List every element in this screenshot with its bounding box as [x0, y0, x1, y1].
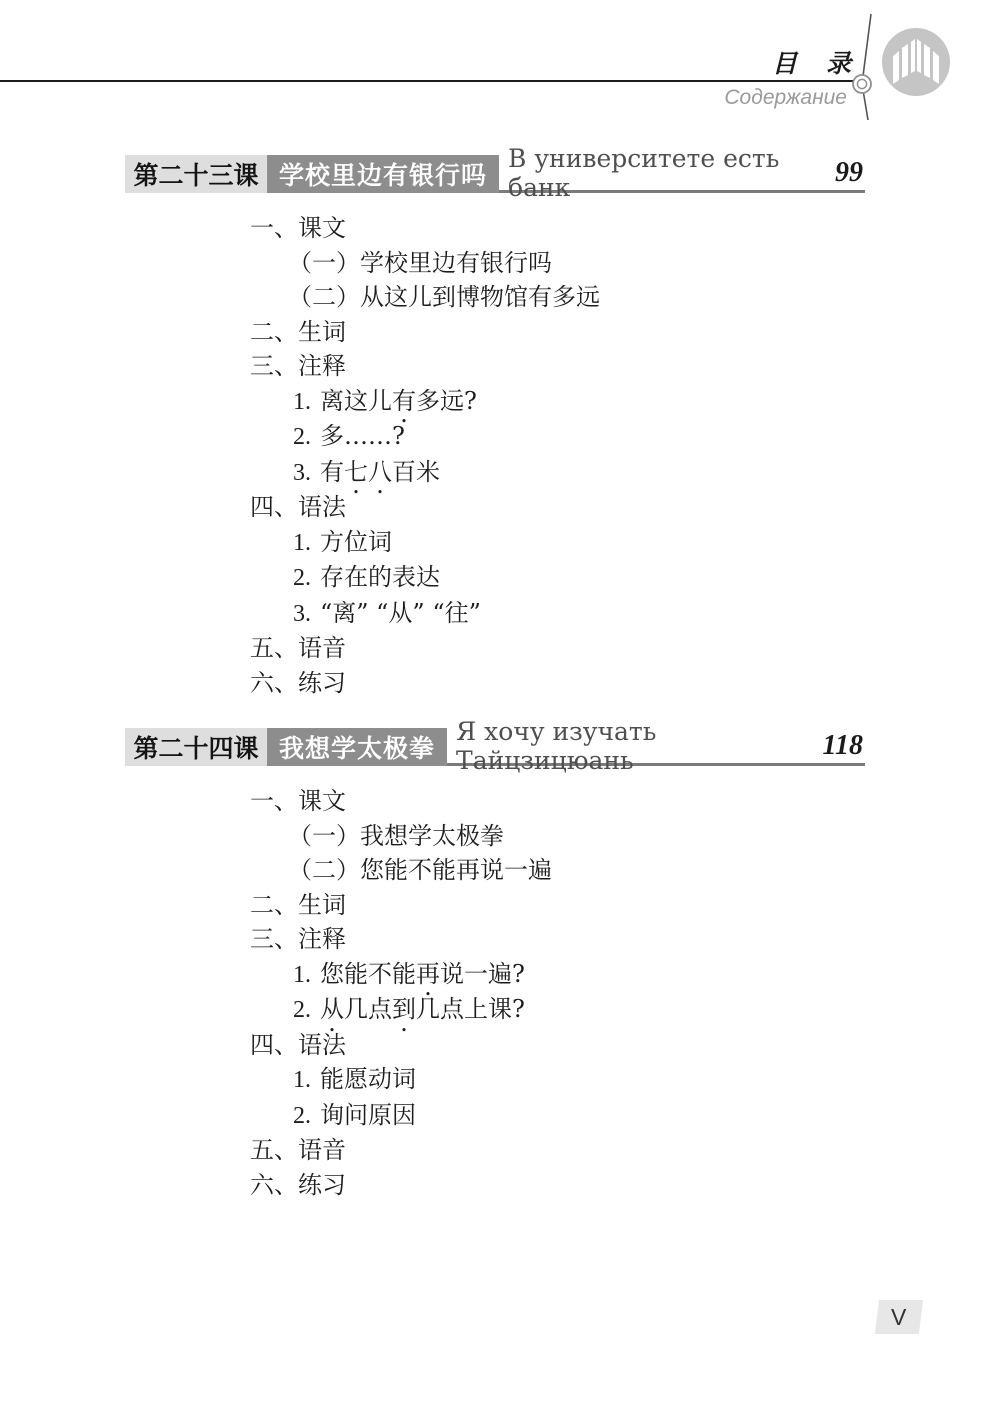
toc-marker: 六、 [250, 669, 298, 697]
toc-label: 您能不能再说一遍? [320, 960, 525, 988]
toc-marker: 2. [293, 1103, 311, 1129]
toc-row: 2.多……? [293, 419, 997, 455]
toc-label: 我想学太极拳 [360, 822, 504, 850]
toc-label: 注释 [298, 352, 346, 380]
toc-marker: 五、 [250, 634, 298, 662]
lesson-header: 第二十四课 我想学太极拳 Я хочу изучать Тайцзицюань … [125, 728, 865, 766]
toc-marker: 二、 [250, 318, 298, 346]
toc-label: 存在的表达 [320, 563, 440, 591]
toc-row: 六、练习 [250, 1168, 997, 1203]
lesson-title-ru: Я хочу изучать Тайцзицюань [456, 717, 823, 775]
toc-marker: 3. [293, 601, 311, 627]
toc-marker: 2. [293, 565, 311, 591]
toc-marker: 1. [293, 962, 311, 988]
toc-label: 语法 [298, 493, 346, 521]
toc-marker: 1. [293, 1067, 311, 1093]
toc-label: “离” “从” “往” [320, 599, 481, 627]
toc-label: 询问原因 [320, 1101, 416, 1129]
toc-row: 1.能愿动词 [293, 1062, 997, 1098]
toc-row: （二）从这儿到博物馆有多远 [288, 280, 997, 315]
toc-label: 能愿动词 [320, 1065, 416, 1093]
toc-label: 课文 [298, 214, 346, 242]
toc-marker: 三、 [250, 925, 298, 953]
toc-marker: （二） [288, 856, 360, 884]
toc-row: （二）您能不能再说一遍 [288, 853, 997, 888]
toc-row: 1.离这儿有多远? [293, 384, 997, 420]
toc-label: 练习 [298, 1171, 346, 1199]
toc-label: 生词 [298, 318, 346, 346]
lesson-number-label: 第二十四课 [133, 729, 258, 765]
header-rule [0, 80, 856, 82]
diagonal-line [862, 14, 871, 120]
header-decoration [820, 0, 997, 140]
toc-label: 您能不能再说一遍 [360, 856, 552, 884]
toc-marker: 1. [293, 530, 311, 556]
toc-marker: （二） [288, 283, 360, 311]
lesson-page-number: 118 [823, 730, 865, 762]
toc-row: 一、课文 [250, 784, 997, 819]
toc-row: 一、课文 [250, 211, 997, 246]
toc-marker: 一、 [250, 214, 298, 242]
toc-row: 1.方位词 [293, 525, 997, 561]
double-circle-icon [853, 75, 871, 93]
lesson-title-box: 我想学太极拳 [267, 728, 447, 766]
lesson-title-zh: 学校里边有银行吗 [279, 156, 487, 192]
toc-page: 目 录 Содержание 第二十三课 [0, 0, 997, 1401]
lesson-items: 一、课文（一）学校里边有银行吗（二）从这儿到博物馆有多远二、生词三、注释1.离这… [0, 193, 997, 700]
toc-row: 2.存在的表达 [293, 560, 997, 596]
lesson-number-label: 第二十三课 [133, 156, 258, 192]
toc-row: 三、注释 [250, 349, 997, 384]
toc-marker: 六、 [250, 1171, 298, 1199]
toc-row: 三、注释 [250, 922, 997, 957]
page-number-tab: V [875, 1300, 923, 1334]
toc-label: 从几点到几点上课? [320, 995, 525, 1023]
toc-row: 六、练习 [250, 666, 997, 701]
toc-marker: 2. [293, 997, 311, 1023]
toc-label: 方位词 [320, 528, 392, 556]
toc-row: 1.您能不能再说一遍? [293, 957, 997, 993]
lesson-header: 第二十三课 学校里边有银行吗 В университете есть банк … [125, 155, 865, 193]
toc-label: 离这儿有多远? [320, 387, 477, 415]
toc-row: 3.有七八百米 [293, 455, 997, 491]
toc-marker: （一） [288, 822, 360, 850]
toc-label: 有七八百米 [320, 458, 440, 486]
open-book-icon [882, 28, 950, 96]
toc-row: 二、生词 [250, 888, 997, 923]
toc-row: 二、生词 [250, 315, 997, 350]
toc-row: 四、语法 [250, 490, 997, 525]
lesson-number-box: 第二十四课 [125, 728, 267, 766]
toc-label: 注释 [298, 925, 346, 953]
toc-marker: 四、 [250, 1031, 298, 1059]
toc-marker: 3. [293, 460, 311, 486]
page-number-label: V [891, 1304, 906, 1331]
lesson-number-box: 第二十三课 [125, 155, 267, 193]
toc-label: 从这儿到博物馆有多远 [360, 283, 600, 311]
lesson-title-zh: 我想学太极拳 [279, 729, 435, 765]
toc-label: 课文 [298, 787, 346, 815]
toc-row: 2.询问原因 [293, 1098, 997, 1134]
toc-row: 四、语法 [250, 1028, 997, 1063]
toc-marker: 二、 [250, 891, 298, 919]
lesson-title-ru: В университете есть банк [508, 144, 835, 202]
lesson-title-box: 学校里边有银行吗 [267, 155, 499, 193]
toc-label: 语音 [298, 1136, 346, 1164]
toc-label: 语法 [298, 1031, 346, 1059]
toc-label: 学校里边有银行吗 [360, 249, 552, 277]
lesson-section-23: 第二十三课 学校里边有银行吗 В университете есть банк … [0, 155, 997, 700]
toc-label: 多……? [320, 422, 405, 450]
lesson-items: 一、课文（一）我想学太极拳（二）您能不能再说一遍二、生词三、注释1.您能不能再说… [0, 766, 997, 1202]
toc-marker: 1. [293, 389, 311, 415]
toc-marker: 五、 [250, 1136, 298, 1164]
lesson-header-right: Я хочу изучать Тайцзицюань 118 [447, 728, 865, 766]
toc-marker: （一） [288, 249, 360, 277]
toc-row: 2.从几点到几点上课? [293, 992, 997, 1028]
lesson-header-right: В университете есть банк 99 [499, 155, 865, 193]
lesson-page-number: 99 [835, 157, 865, 189]
toc-label: 语音 [298, 634, 346, 662]
toc-label: 生词 [298, 891, 346, 919]
toc-row: 3.“离” “从” “往” [293, 596, 997, 632]
toc-row: （一）我想学太极拳 [288, 819, 997, 854]
toc-label: 练习 [298, 669, 346, 697]
toc-row: 五、语音 [250, 1133, 997, 1168]
toc-row: （一）学校里边有银行吗 [288, 246, 997, 281]
toc-marker: 2. [293, 424, 311, 450]
toc-marker: 一、 [250, 787, 298, 815]
page-subtitle: Содержание [600, 86, 847, 110]
toc-marker: 四、 [250, 493, 298, 521]
toc-row: 五、语音 [250, 631, 997, 666]
lesson-section-24: 第二十四课 我想学太极拳 Я хочу изучать Тайцзицюань … [0, 728, 997, 1202]
toc-marker: 三、 [250, 352, 298, 380]
